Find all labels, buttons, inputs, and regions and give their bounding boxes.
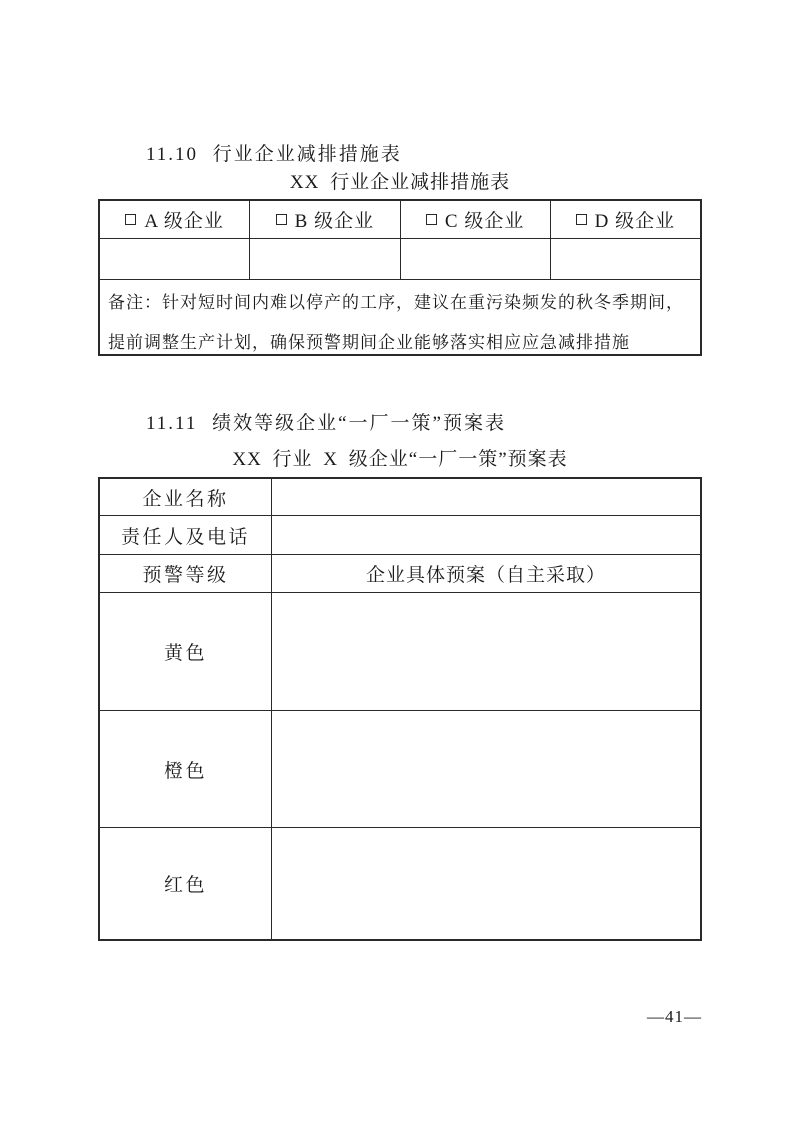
checkbox-icon <box>426 214 437 225</box>
checkbox-icon <box>576 214 587 225</box>
table-title-reduction-measures: XX 行业企业减排措施表 <box>98 167 702 194</box>
row-label-cell: 企业名称 <box>100 479 272 515</box>
table-row-yellow: 黄色 <box>100 593 700 711</box>
header-label: D 级企业 <box>595 206 675 233</box>
empty-cell <box>250 239 400 279</box>
header-cell-grade-a: A 级企业 <box>100 201 250 238</box>
header-cell-grade-d: D 级企业 <box>551 201 700 238</box>
checkbox-icon <box>125 214 136 225</box>
row-value-cell <box>272 593 700 710</box>
page-number: —41— <box>98 1007 702 1027</box>
header-label: C 级企业 <box>445 206 524 233</box>
reduction-measures-table: A 级企业 B 级企业 C 级企业 D 级企业 备注：针对短时间内难以停产的工序… <box>98 199 702 356</box>
section-heading-11-10: 11.10 行业企业减排措施表 <box>146 139 402 166</box>
table-note-cell: 备注：针对短时间内难以停产的工序，建议在重污染频发的秋冬季期间， 提前调整生产计… <box>100 280 700 354</box>
row-value-cell <box>272 828 700 939</box>
table-title-plan: XX 行业 X 级企业“一厂一策”预案表 <box>98 444 702 471</box>
row-value-cell <box>272 479 700 515</box>
row-label-cell: 责任人及电话 <box>100 516 272 554</box>
row-value-cell: 企业具体预案（自主采取） <box>272 555 700 592</box>
table-header-row: A 级企业 B 级企业 C 级企业 D 级企业 <box>100 201 700 239</box>
table-row-contact-phone: 责任人及电话 <box>100 516 700 555</box>
header-cell-grade-c: C 级企业 <box>401 201 551 238</box>
row-label-cell: 黄色 <box>100 593 272 710</box>
empty-cell <box>551 239 700 279</box>
header-label: B 级企业 <box>295 206 374 233</box>
table-row-red: 红色 <box>100 828 700 939</box>
table-row-warning-level: 预警等级 企业具体预案（自主采取） <box>100 555 700 593</box>
checkbox-icon <box>276 214 287 225</box>
plan-table: 企业名称 责任人及电话 预警等级 企业具体预案（自主采取） 黄色 橙色 红色 <box>98 477 702 941</box>
header-label: A 级企业 <box>144 206 223 233</box>
row-label-cell: 红色 <box>100 828 272 939</box>
row-label-cell: 橙色 <box>100 711 272 827</box>
row-value-cell <box>272 711 700 827</box>
empty-cell <box>401 239 551 279</box>
empty-cell <box>100 239 250 279</box>
section-heading-11-11: 11.11 绩效等级企业“一厂一策”预案表 <box>146 408 506 435</box>
note-line: 备注：针对短时间内难以停产的工序，建议在重污染频发的秋冬季期间， <box>108 283 692 323</box>
table-row-company-name: 企业名称 <box>100 479 700 516</box>
row-label-cell: 预警等级 <box>100 555 272 592</box>
table-empty-row <box>100 239 700 280</box>
note-line: 提前调整生产计划，确保预警期间企业能够落实相应应急减排措施 <box>108 323 692 354</box>
row-value-cell <box>272 516 700 554</box>
header-cell-grade-b: B 级企业 <box>250 201 400 238</box>
document-page: 11.10 行业企业减排措施表 XX 行业企业减排措施表 A 级企业 B 级企业… <box>0 0 793 1122</box>
table-row-orange: 橙色 <box>100 711 700 828</box>
